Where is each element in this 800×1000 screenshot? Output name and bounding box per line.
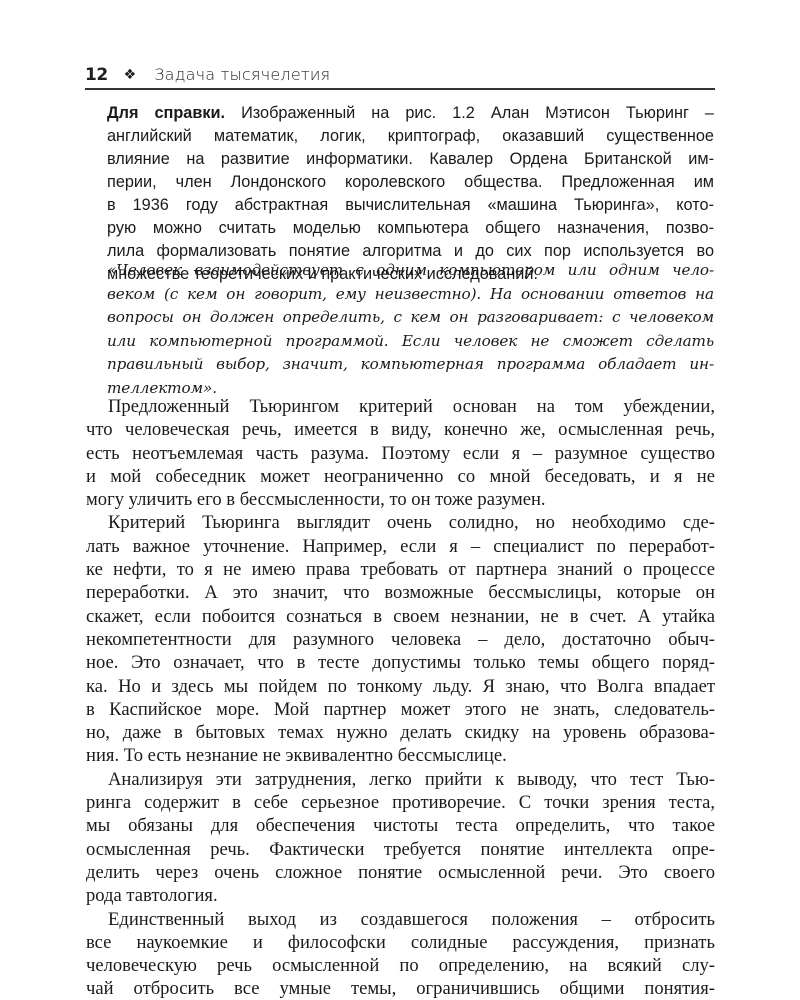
reference-line: перии, член Лондонского королевского общ…: [107, 171, 714, 194]
body-line: Единственный выход из создавшегося полож…: [86, 908, 715, 931]
turing-test-quote: «Человек взаимодействует с одним компьют…: [107, 259, 714, 400]
body-line: в Каспийское море. Мой партнер может это…: [86, 698, 715, 721]
body-line: что человеческая речь, имеется в виду, к…: [86, 418, 715, 441]
body-line: могу уличить его в бессмысленности, то о…: [86, 488, 715, 511]
body-line: мы обязаны для обеспечения чистоты теста…: [86, 814, 715, 837]
body-line: ка. Но и здесь мы пойдем по тонкому льду…: [86, 675, 715, 698]
body-line: рода тавтология.: [86, 884, 715, 907]
diamond-ornament-icon: ❖: [124, 66, 137, 84]
body-line: Предложенный Тьюрингом критерий основан …: [86, 395, 715, 418]
body-line: переработки. А это значит, что возможные…: [86, 581, 715, 604]
quote-line: правильный выбор, значит, компьютерная п…: [107, 353, 714, 377]
paragraph-solution: Единственный выход из создавшегося полож…: [86, 908, 715, 1000]
paragraph-contradiction: Анализируя эти затруднения, легко прийти…: [86, 768, 715, 908]
reference-line: Для справки. Изображенный на рис. 1.2 Ал…: [107, 102, 714, 125]
body-line: ринга содержит в себе серьезное противор…: [86, 791, 715, 814]
quote-line: или компьютерной программой. Если челове…: [107, 330, 714, 354]
reference-lead: Для справки.: [107, 104, 225, 122]
reference-line: рую можно считать моделью компьютера общ…: [107, 217, 714, 240]
body-line: скажет, если побоится сознаться в своем …: [86, 605, 715, 628]
paragraph-clarification: Критерий Тьюринга выглядит очень солидно…: [86, 511, 715, 767]
paragraph-criterion: Предложенный Тьюрингом критерий основан …: [86, 395, 715, 511]
body-line: ке нефти, то я не имею права требовать о…: [86, 558, 715, 581]
reference-line: в 1936 году абстрактная вычислительная «…: [107, 194, 714, 217]
reference-line: английский математик, логик, криптограф,…: [107, 125, 714, 148]
body-line: но, даже в бытовых темах нужно делать ск…: [86, 721, 715, 744]
reference-line: влияние на развитие информатики. Кавалер…: [107, 148, 714, 171]
body-line: есть неотъемлемая часть разума. Поэтому …: [86, 442, 715, 465]
page-number: 12: [85, 66, 108, 84]
body-line: некомпетентности для разумного человека …: [86, 628, 715, 651]
body-line: лать важное уточнение. Например, если я …: [86, 535, 715, 558]
body-line: Критерий Тьюринга выглядит очень солидно…: [86, 511, 715, 534]
page-header: 12 ❖ Задача тысячелетия: [85, 62, 715, 90]
body-text: Предложенный Тьюрингом критерий основан …: [86, 395, 715, 1000]
quote-line: вопросы он должен определить, с кем он р…: [107, 306, 714, 330]
running-title: Задача тысячелетия: [154, 66, 330, 84]
body-line: чай отбросить все умные темы, ограничивш…: [86, 977, 715, 1000]
quote-line: веком (с кем он говорит, ему неизвестно)…: [107, 283, 714, 307]
body-line: ния. То есть незнание не эквивалентно бе…: [86, 744, 715, 767]
body-line: все наукоемкие и философски солидные рас…: [86, 931, 715, 954]
body-line: Анализируя эти затруднения, легко прийти…: [86, 768, 715, 791]
body-line: ное. Это означает, что в тесте допустимы…: [86, 651, 715, 674]
body-line: делить через очень сложное понятие осмыс…: [86, 861, 715, 884]
body-line: человеческую речь осмысленной по определ…: [86, 954, 715, 977]
body-line: и мой собеседник может неограниченно со …: [86, 465, 715, 488]
body-line: осмысленная речь. Фактически требуется п…: [86, 838, 715, 861]
quote-line: «Человек взаимодействует с одним компьют…: [107, 259, 714, 283]
